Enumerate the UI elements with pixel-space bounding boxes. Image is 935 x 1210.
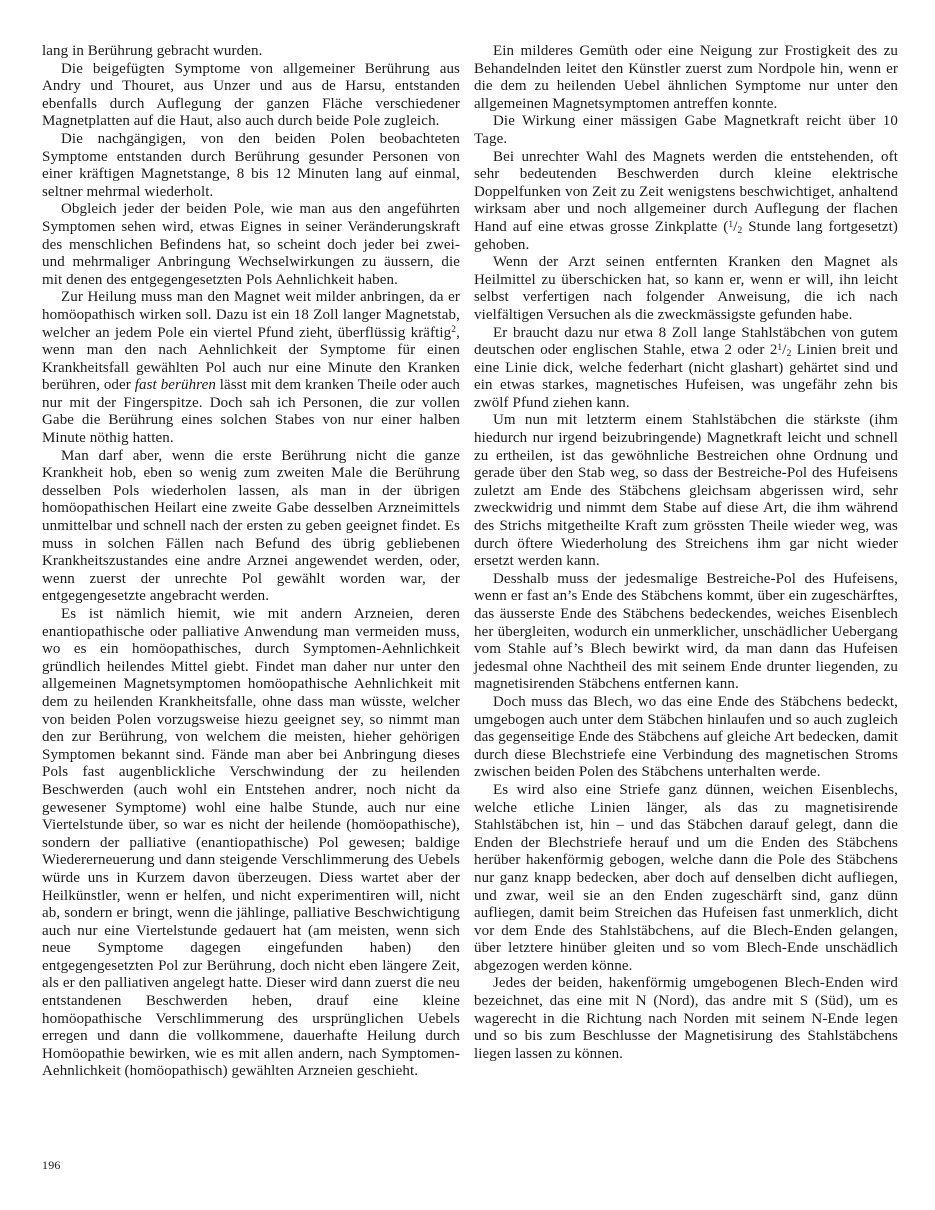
paragraph: Die nachgängigen, von den beiden Polen b… <box>42 131 460 201</box>
paragraph: Die beigefügten Symptome von allgemeiner… <box>42 61 460 131</box>
paragraph: Er braucht dazu nur etwa 8 Zoll lange St… <box>474 325 898 413</box>
paragraph: Jedes der beiden, hakenförmig umgebogene… <box>474 975 898 1063</box>
paragraph: Desshalb muss der jedesmalige Bestreiche… <box>474 571 898 694</box>
paragraph: Ein milderes Gemüth oder eine Neigung zu… <box>474 43 898 113</box>
paragraph: Bei unrechter Wahl des Magnets werden di… <box>474 149 898 255</box>
paragraph: Man darf aber, wenn die erste Berührung … <box>42 448 460 606</box>
book-page: lang in Berührung gebracht wurden.Die be… <box>0 0 935 1210</box>
paragraph: Obgleich jeder der beiden Pole, wie man … <box>42 201 460 289</box>
paragraph: Es wird also eine Striefe ganz dünnen, w… <box>474 782 898 976</box>
paragraph: Wenn der Arzt seinen entfernten Kranken … <box>474 254 898 324</box>
paragraph: lang in Berührung gebracht wurden. <box>42 43 460 61</box>
text-column-right: Ein milderes Gemüth oder eine Neigung zu… <box>474 43 898 1063</box>
paragraph: Die Wirkung einer mässigen Gabe Magnetkr… <box>474 113 898 148</box>
paragraph: Doch muss das Blech, wo das eine Ende de… <box>474 694 898 782</box>
text-column-left: lang in Berührung gebracht wurden.Die be… <box>42 43 460 1081</box>
paragraph: Um nun mit letzterm einem Stahlstäbchen … <box>474 412 898 570</box>
paragraph: Es ist nämlich hiemit, wie mit andern Ar… <box>42 606 460 1081</box>
paragraph: Zur Heilung muss man den Magnet weit mil… <box>42 289 460 447</box>
page-number: 196 <box>42 1158 61 1172</box>
